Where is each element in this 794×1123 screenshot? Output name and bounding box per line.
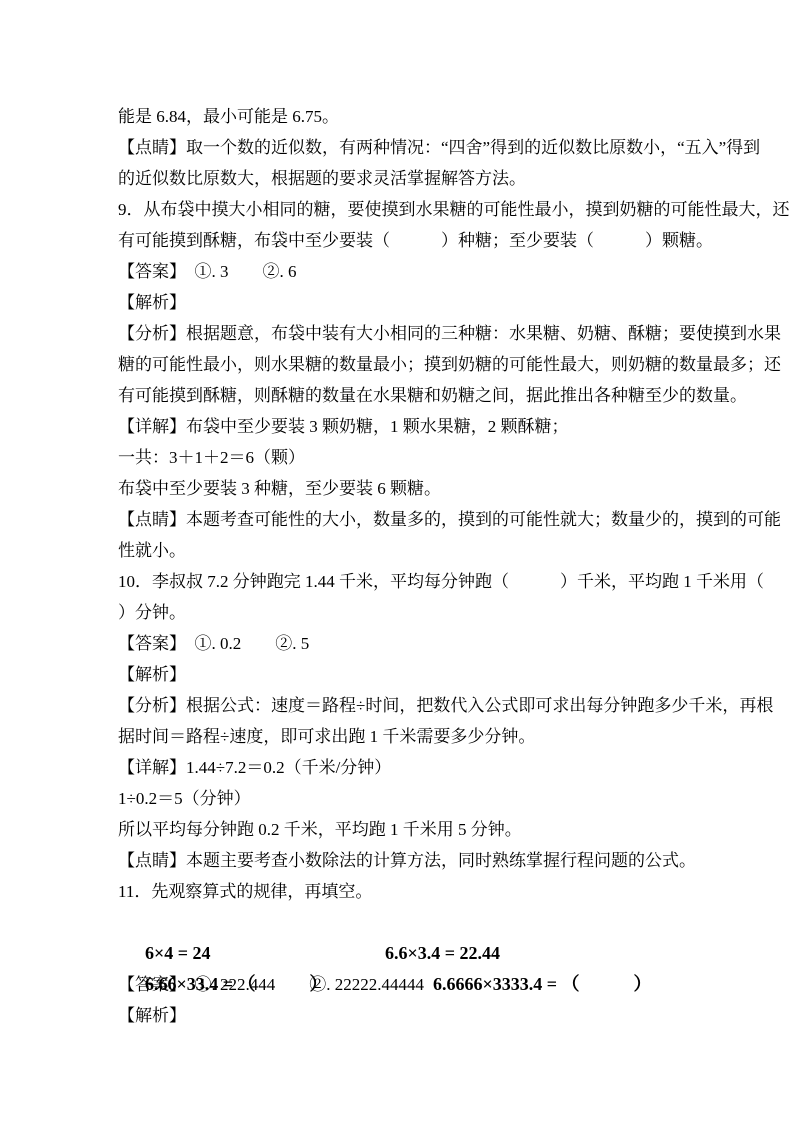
formula-6-6x3-4: 6.6×3.4 = 22.44 (385, 938, 500, 969)
q9-question-line-2: 有可能摸到酥糖，布袋中至少要装（ ）种糖；至少要装（ ）颗糖。 (118, 225, 680, 256)
q9-question-line-1: 9．从布袋中摸大小相同的糖，要使摸到水果糖的可能性最小，摸到奶糖的可能性最大，还 (118, 194, 680, 225)
q10-fenxi-line-2: 据时间＝路程÷速度，即可求出跑 1 千米需要多少分钟。 (118, 721, 680, 752)
q8-dianjing-line-2: 的近似数比原数大，根据题的要求灵活掌握解答方法。 (118, 163, 680, 194)
q10-dianjing-line: 【点睛】本题主要考查小数除法的计算方法，同时熟练掌握行程问题的公式。 (118, 845, 680, 876)
q10-calc-line: 1÷0.2＝5（分钟） (118, 783, 680, 814)
formula-6x4: 6×4 = 24 (145, 938, 385, 969)
q11-question-line: 11．先观察算式的规律，再填空。 (118, 876, 680, 907)
q9-dianjing-line-1: 【点睛】本题考查可能性的大小，数量多的，摸到的可能性就大；数量少的，摸到的可能 (118, 504, 680, 535)
q10-fenxi-line-1: 【分析】根据公式：速度＝路程÷时间，把数代入公式即可求出每分钟跑多少千米，再根 (118, 690, 680, 721)
q9-calc-line: 一共：3＋1＋2＝6（颗） (118, 442, 680, 473)
q9-fenxi-line-2: 糖的可能性最小，则水果糖的数量最小；摸到奶糖的可能性最大，则奶糖的数量最多；还 (118, 349, 680, 380)
q9-xiangjie-line: 【详解】布袋中至少要装 3 颗奶糖，1 颗水果糖，2 颗酥糖； (118, 411, 680, 442)
q9-dianjing-line-2: 性就小。 (118, 535, 680, 566)
q9-jiexi-label: 【解析】 (118, 287, 680, 318)
q10-xiangjie-line: 【详解】1.44÷7.2＝0.2（千米/分钟） (118, 752, 680, 783)
q11-formula-row-1: 6×4 = 246.6×3.4 = 22.44 (118, 907, 680, 938)
q9-conclusion-line: 布袋中至少要装 3 种糖，至少要装 6 颗糖。 (118, 473, 680, 504)
q9-answer-line: 【答案】 ①. 3 ②. 6 (118, 256, 680, 287)
formula-6-6666x3333-4: 6.6666×3333.4 = （ ） (433, 969, 652, 1000)
q10-answer-line: 【答案】 ①. 0.2 ②. 5 (118, 628, 680, 659)
q11-jiexi-label: 【解析】 (118, 1000, 680, 1031)
document-page: 能是 6.84，最小可能是 6.75。 【点睛】取一个数的近似数，有两种情况：“… (0, 0, 794, 1123)
q8-dianjing-line-1: 【点睛】取一个数的近似数，有两种情况：“四舍”得到的近似数比原数小，“五入”得到 (118, 132, 680, 163)
document-content: 能是 6.84，最小可能是 6.75。 【点睛】取一个数的近似数，有两种情况：“… (118, 101, 680, 1031)
q9-fenxi-line-3: 有可能摸到酥糖，则酥糖的数量在水果糖和奶糖之间，据此推出各种糖至少的数量。 (118, 380, 680, 411)
q9-fenxi-line-1: 【分析】根据题意，布袋中装有大小相同的三种糖：水果糖、奶糖、酥糖；要使摸到水果 (118, 318, 680, 349)
q8-tail-line: 能是 6.84，最小可能是 6.75。 (118, 101, 680, 132)
q10-question-line-1: 10．李叔叔 7.2 分钟跑完 1.44 千米，平均每分钟跑（ ）千米，平均跑 … (118, 566, 680, 597)
q10-question-line-2: ）分钟。 (118, 597, 680, 628)
q10-jiexi-label: 【解析】 (118, 659, 680, 690)
q10-conclusion-line: 所以平均每分钟跑 0.2 千米，平均跑 1 千米用 5 分钟。 (118, 814, 680, 845)
